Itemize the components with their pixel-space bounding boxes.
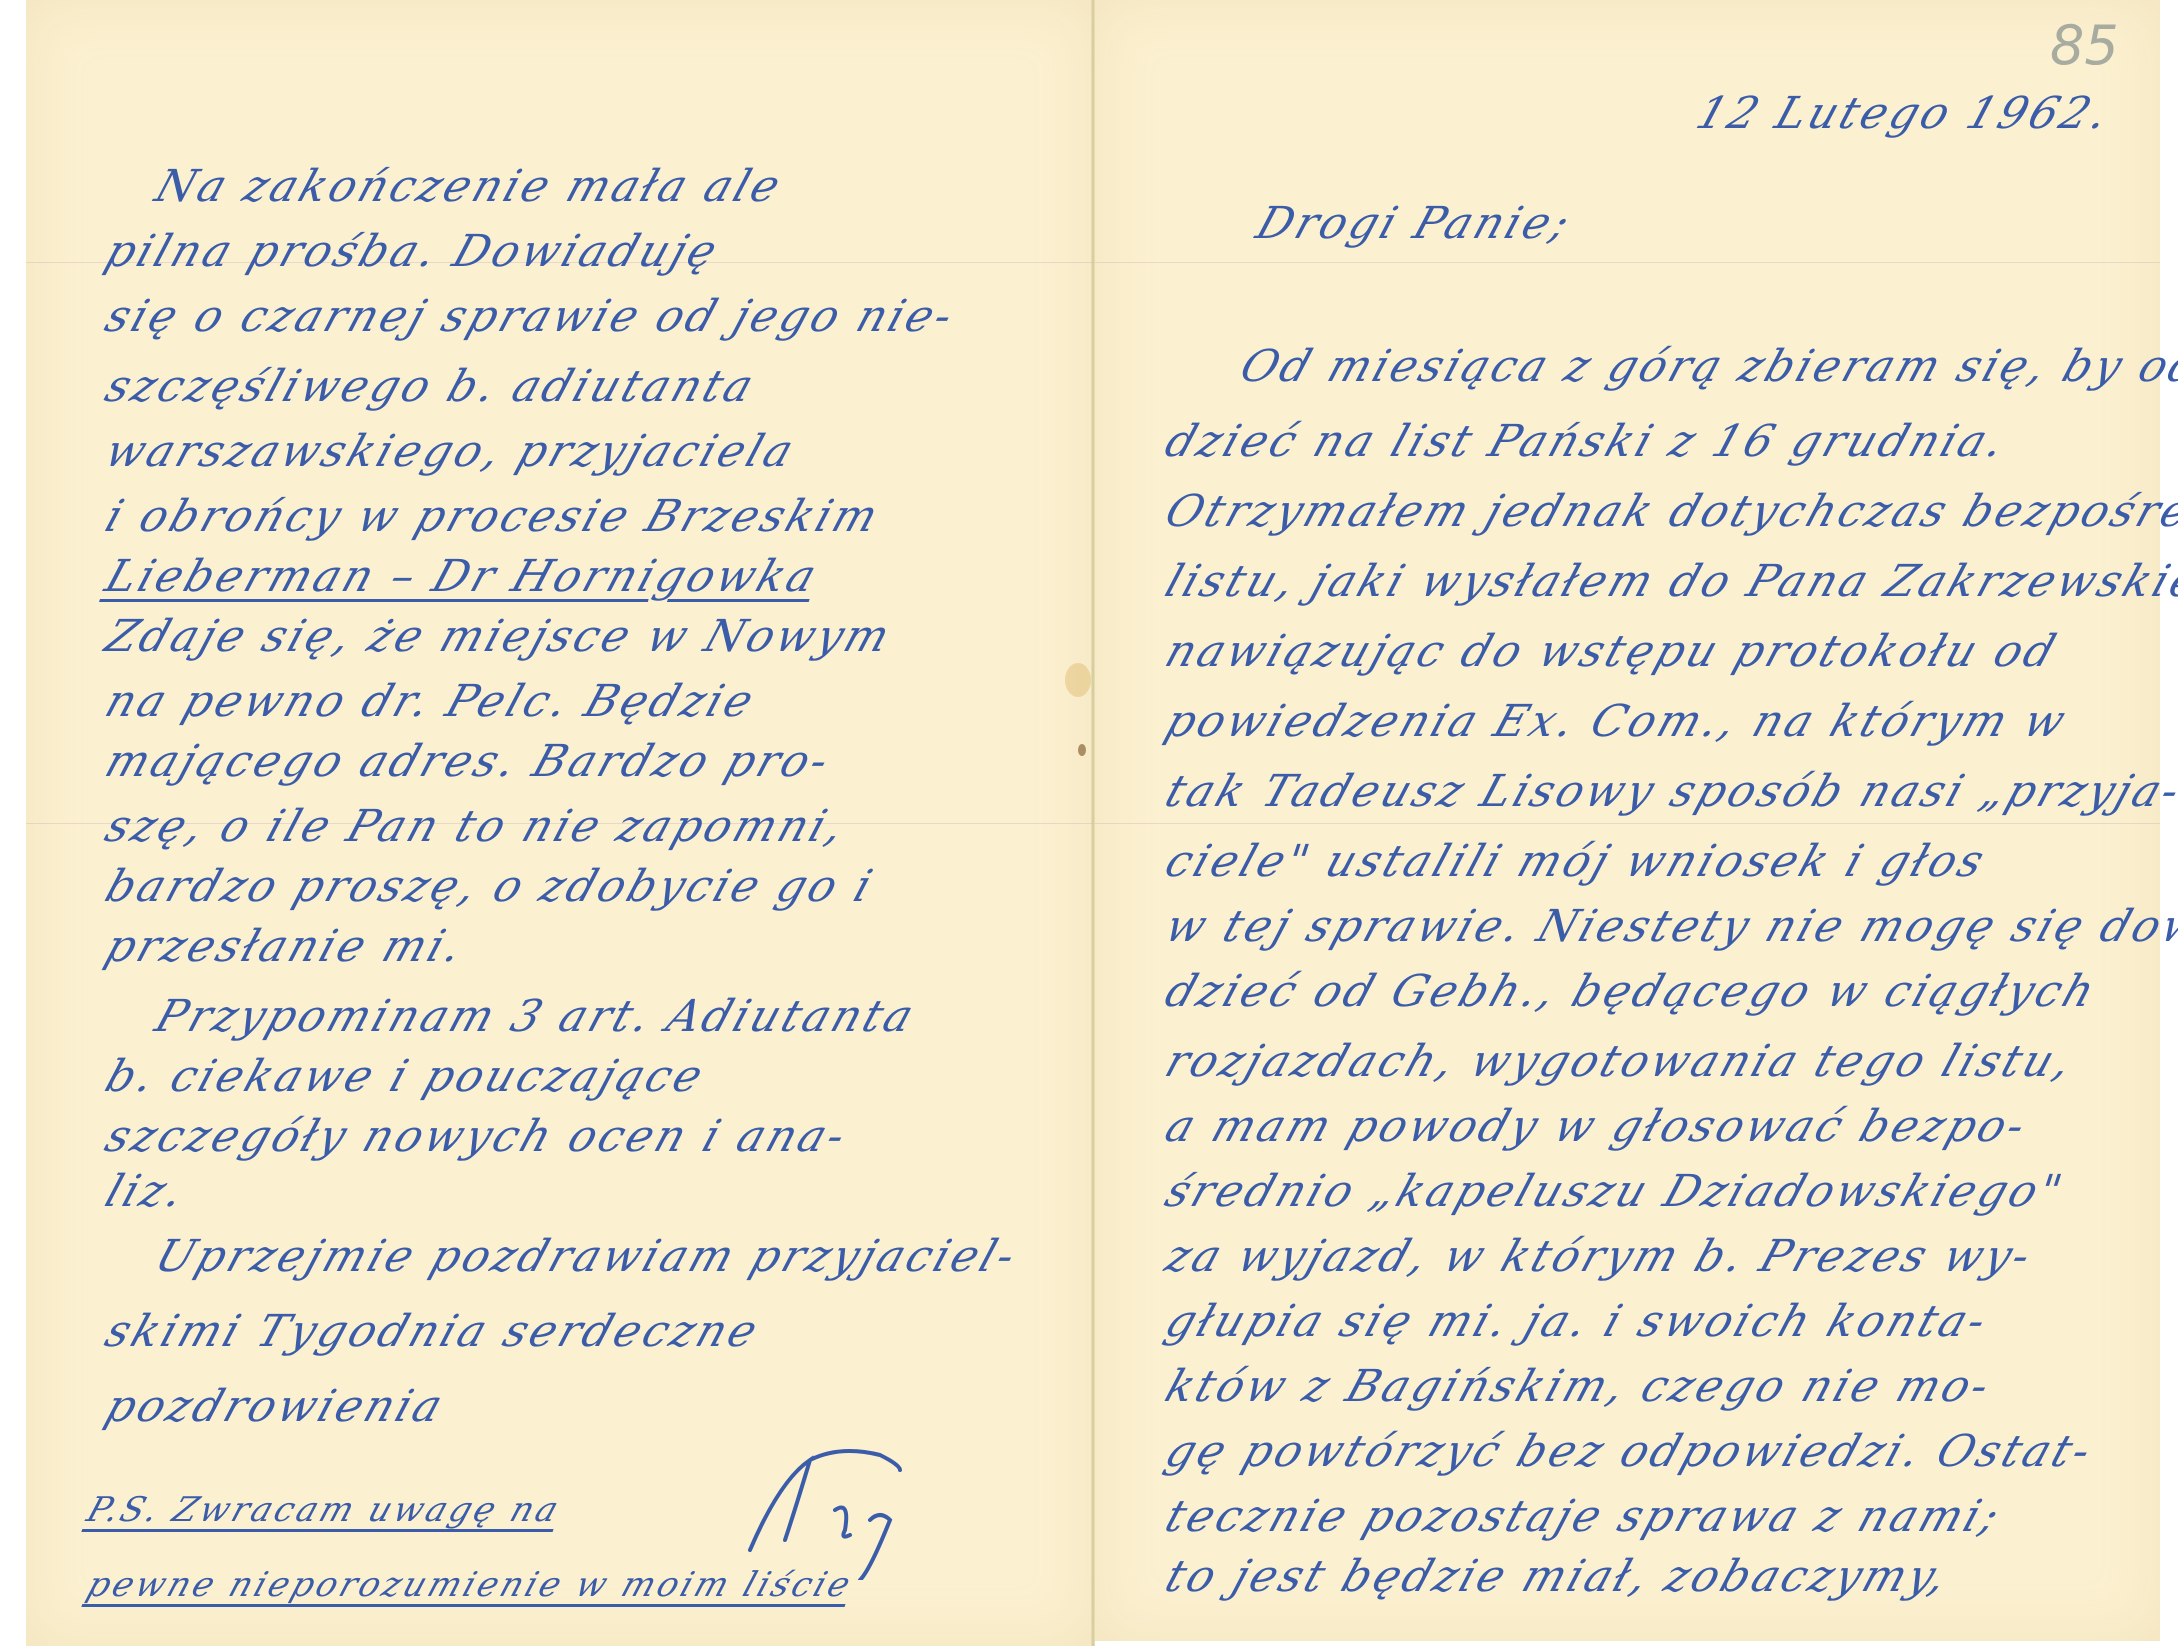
- ruled-line: [1095, 823, 2160, 824]
- letter-line: głupia się mi. ja. i swoich konta-: [1160, 1300, 1994, 1344]
- archive-number: 85: [2050, 14, 2119, 77]
- salutation: Drogi Panie;: [1250, 198, 1579, 249]
- paper-stain: [1078, 744, 1086, 756]
- letter-line: mającego adres. Bardzo pro-: [100, 740, 836, 784]
- letter-line: pilna prośba. Dowiaduję: [100, 230, 725, 274]
- letter-line: tak Tadeusz Lisowy sposób nasi „przyja-: [1160, 770, 2178, 814]
- letter-line: w tej sprawie. Niestety nie mogę się dow…: [1160, 905, 2178, 949]
- paper-stain: [1065, 663, 1091, 697]
- letter-line: Na zakończenie mała ale: [150, 165, 788, 209]
- letter-line: szę, o ile Pan to nie zapomni,: [100, 805, 852, 849]
- letter-line: liz.: [100, 1170, 192, 1214]
- letter-line: bardzo proszę, o zdobycie go i: [100, 865, 880, 909]
- letter-line: Od miesiąca z górą zbieram się, by odpow…: [1235, 345, 2178, 389]
- letter-line: nawiązując do wstępu protokołu od: [1160, 630, 2063, 674]
- letter-line: warszawskiego, przyjaciela: [100, 430, 801, 474]
- letter-line: pozdrowienia: [100, 1385, 450, 1429]
- letter-line: i obrońcy w procesie Brzeskim: [100, 495, 886, 539]
- letter-line: skimi Tygodnia serdeczne: [100, 1310, 765, 1354]
- letter-line: szczęśliwego b. adiutanta: [100, 365, 761, 409]
- letter-line: powiedzenia Ex. Com., na którym w: [1160, 700, 2073, 744]
- letter-line: Lieberman – Dr Hornigowka: [100, 555, 824, 599]
- letter-line: rozjazdach, wygotowania tego listu,: [1160, 1040, 2079, 1084]
- signature-icon: [740, 1440, 940, 1580]
- letter-line: to jest będzie miał, zobaczymy,: [1160, 1555, 1955, 1599]
- letter-line: a mam powody w głosować bezpo-: [1160, 1105, 2033, 1149]
- letter-line: dzieć na list Pański z 16 grudnia.: [1160, 420, 2012, 464]
- letter-line: na pewno dr. Pelc. Będzie: [100, 680, 761, 724]
- letter-line: przesłanie mi.: [100, 925, 470, 969]
- letter-line: się o czarnej sprawie od jego nie-: [100, 295, 961, 339]
- letter-line: Zdaje się, że miejsce w Nowym: [100, 615, 897, 659]
- postscript-line-1: P.S. Zwracam uwagę na: [82, 1490, 566, 1530]
- letter-date: 12 Lutego 1962.: [1690, 88, 2117, 139]
- letter-line: średnio „kapeluszu Dziadowskiego": [1160, 1170, 2070, 1214]
- ruled-line: [1095, 262, 2160, 263]
- letter-line: Uprzejmie pozdrawiam przyjaciel-: [150, 1235, 1023, 1279]
- letter-line: za wyjazd, w którym b. Prezes wy-: [1160, 1235, 2038, 1279]
- letter-line: b. ciekawe i pouczające: [100, 1055, 710, 1099]
- letter-line: gę powtórzyć bez odpowiedzi. Ostat-: [1160, 1430, 2099, 1474]
- letter-line: Otrzymałem jednak dotychczas bezpośredni…: [1160, 490, 2178, 534]
- letter-line: któw z Bagińskim, czego nie mo-: [1160, 1365, 1997, 1409]
- letter-line: Przypominam 3 art. Adiutanta: [150, 995, 921, 1039]
- letter-line: tecznie pozostaje sprawa z nami;: [1160, 1495, 2007, 1539]
- letter-line: dzieć od Gebh., będącego w ciągłych: [1160, 970, 2102, 1014]
- letter-line: szczegóły nowych ocen i ana-: [100, 1115, 853, 1159]
- letter-line: listu, jaki wysłałem do Pana Zakrzewskie…: [1160, 560, 2178, 604]
- letter-line: ciele" ustalili mój wniosek i głos: [1160, 840, 1992, 884]
